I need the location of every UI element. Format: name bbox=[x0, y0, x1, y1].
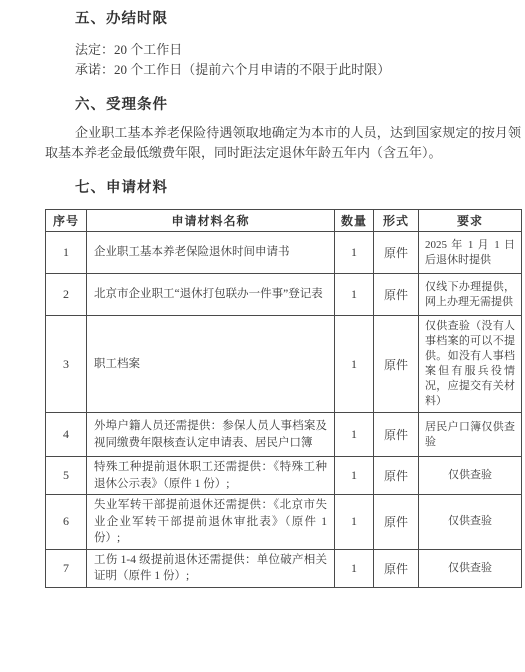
section-heading-application-materials: 七、申请材料 bbox=[75, 179, 521, 197]
cell-form: 原件 bbox=[374, 549, 419, 587]
cell-no: 5 bbox=[46, 457, 87, 495]
cell-form: 原件 bbox=[374, 232, 419, 274]
table-row: 4 外埠户籍人员还需提供：参保人员人事档案及视同缴费年限核查认定申请表、居民户口… bbox=[46, 413, 522, 457]
cell-requirement: 仅供查验 bbox=[419, 495, 522, 550]
cell-quantity: 1 bbox=[335, 549, 374, 587]
cell-material-name: 失业军转干部提前退休还需提供：《北京市失业企业军转干部提前退休审批表》（原件 1… bbox=[87, 495, 335, 550]
table-row: 6 失业军转干部提前退休还需提供：《北京市失业企业军转干部提前退休审批表》（原件… bbox=[46, 495, 522, 550]
section-heading-acceptance-conditions: 六、受理条件 bbox=[75, 96, 521, 114]
column-header-quantity: 数量 bbox=[335, 210, 374, 232]
table-row: 1 企业职工基本养老保险退休时间申请书 1 原件 2025 年 1 月 1 日后… bbox=[46, 232, 522, 274]
cell-material-name: 特殊工种提前退休职工还需提供：《特殊工种退休公示表》（原件 1 份）; bbox=[87, 457, 335, 495]
cell-requirement: 居民户口簿仅供查验 bbox=[419, 413, 522, 457]
cell-no: 7 bbox=[46, 549, 87, 587]
table-header-row: 序号 申请材料名称 数量 形式 要求 bbox=[46, 210, 522, 232]
statutory-deadline-line: 法定：20 个工作日 bbox=[75, 40, 521, 60]
cell-quantity: 1 bbox=[335, 232, 374, 274]
cell-material-name: 工伤 1-4 级提前退休还需提供：单位破产相关证明（原件 1 份）; bbox=[87, 549, 335, 587]
cell-quantity: 1 bbox=[335, 413, 374, 457]
table-row: 3 职工档案 1 原件 仅供查验（没有人事档案的可以不提供。如没有人事档案但有服… bbox=[46, 316, 522, 413]
section-heading-deadline: 五、办结时限 bbox=[75, 10, 521, 28]
cell-quantity: 1 bbox=[335, 316, 374, 413]
table-row: 2 北京市企业职工“退休打包联办一件事”登记表 1 原件 仅线下办理提供，网上办… bbox=[46, 274, 522, 316]
column-header-no: 序号 bbox=[46, 210, 87, 232]
cell-requirement: 2025 年 1 月 1 日后退休时提供 bbox=[419, 232, 522, 274]
cell-material-name: 外埠户籍人员还需提供：参保人员人事档案及视同缴费年限核查认定申请表、居民户口簿 bbox=[87, 413, 335, 457]
table-row: 5 特殊工种提前退休职工还需提供：《特殊工种退休公示表》（原件 1 份）; 1 … bbox=[46, 457, 522, 495]
cell-quantity: 1 bbox=[335, 274, 374, 316]
cell-quantity: 1 bbox=[335, 495, 374, 550]
column-header-requirement: 要求 bbox=[419, 210, 522, 232]
cell-no: 3 bbox=[46, 316, 87, 413]
cell-no: 1 bbox=[46, 232, 87, 274]
cell-requirement: 仅供查验 bbox=[419, 549, 522, 587]
spacer bbox=[45, 28, 521, 40]
cell-quantity: 1 bbox=[335, 457, 374, 495]
spacer bbox=[45, 114, 521, 123]
table-row: 7 工伤 1-4 级提前退休还需提供：单位破产相关证明（原件 1 份）; 1 原… bbox=[46, 549, 522, 587]
acceptance-conditions-paragraph: 企业职工基本养老保险待遇领取地确定为本市的人员，达到国家规定的按月领取基本养老金… bbox=[45, 123, 521, 163]
cell-no: 4 bbox=[46, 413, 87, 457]
spacer bbox=[45, 163, 521, 179]
cell-form: 原件 bbox=[374, 495, 419, 550]
cell-requirement: 仅供查验（没有人事档案的可以不提供。如没有人事档案但有服兵役情况，应提交有关材料… bbox=[419, 316, 522, 413]
cell-material-name: 职工档案 bbox=[87, 316, 335, 413]
column-header-material-name: 申请材料名称 bbox=[87, 210, 335, 232]
cell-form: 原件 bbox=[374, 316, 419, 413]
spacer bbox=[45, 197, 521, 209]
application-materials-table: 序号 申请材料名称 数量 形式 要求 1 企业职工基本养老保险退休时间申请书 1… bbox=[45, 209, 522, 588]
cell-material-name: 企业职工基本养老保险退休时间申请书 bbox=[87, 232, 335, 274]
cell-form: 原件 bbox=[374, 457, 419, 495]
column-header-form: 形式 bbox=[374, 210, 419, 232]
spacer bbox=[45, 80, 521, 96]
cell-no: 6 bbox=[46, 495, 87, 550]
promised-deadline-line: 承诺：20 个工作日（提前六个月申请的不限于此时限） bbox=[75, 60, 521, 80]
cell-form: 原件 bbox=[374, 413, 419, 457]
cell-form: 原件 bbox=[374, 274, 419, 316]
cell-requirement: 仅供查验 bbox=[419, 457, 522, 495]
cell-material-name: 北京市企业职工“退休打包联办一件事”登记表 bbox=[87, 274, 335, 316]
cell-requirement: 仅线下办理提供，网上办理无需提供 bbox=[419, 274, 522, 316]
document-page: 五、办结时限 法定：20 个工作日 承诺：20 个工作日（提前六个月申请的不限于… bbox=[0, 0, 525, 672]
cell-no: 2 bbox=[46, 274, 87, 316]
